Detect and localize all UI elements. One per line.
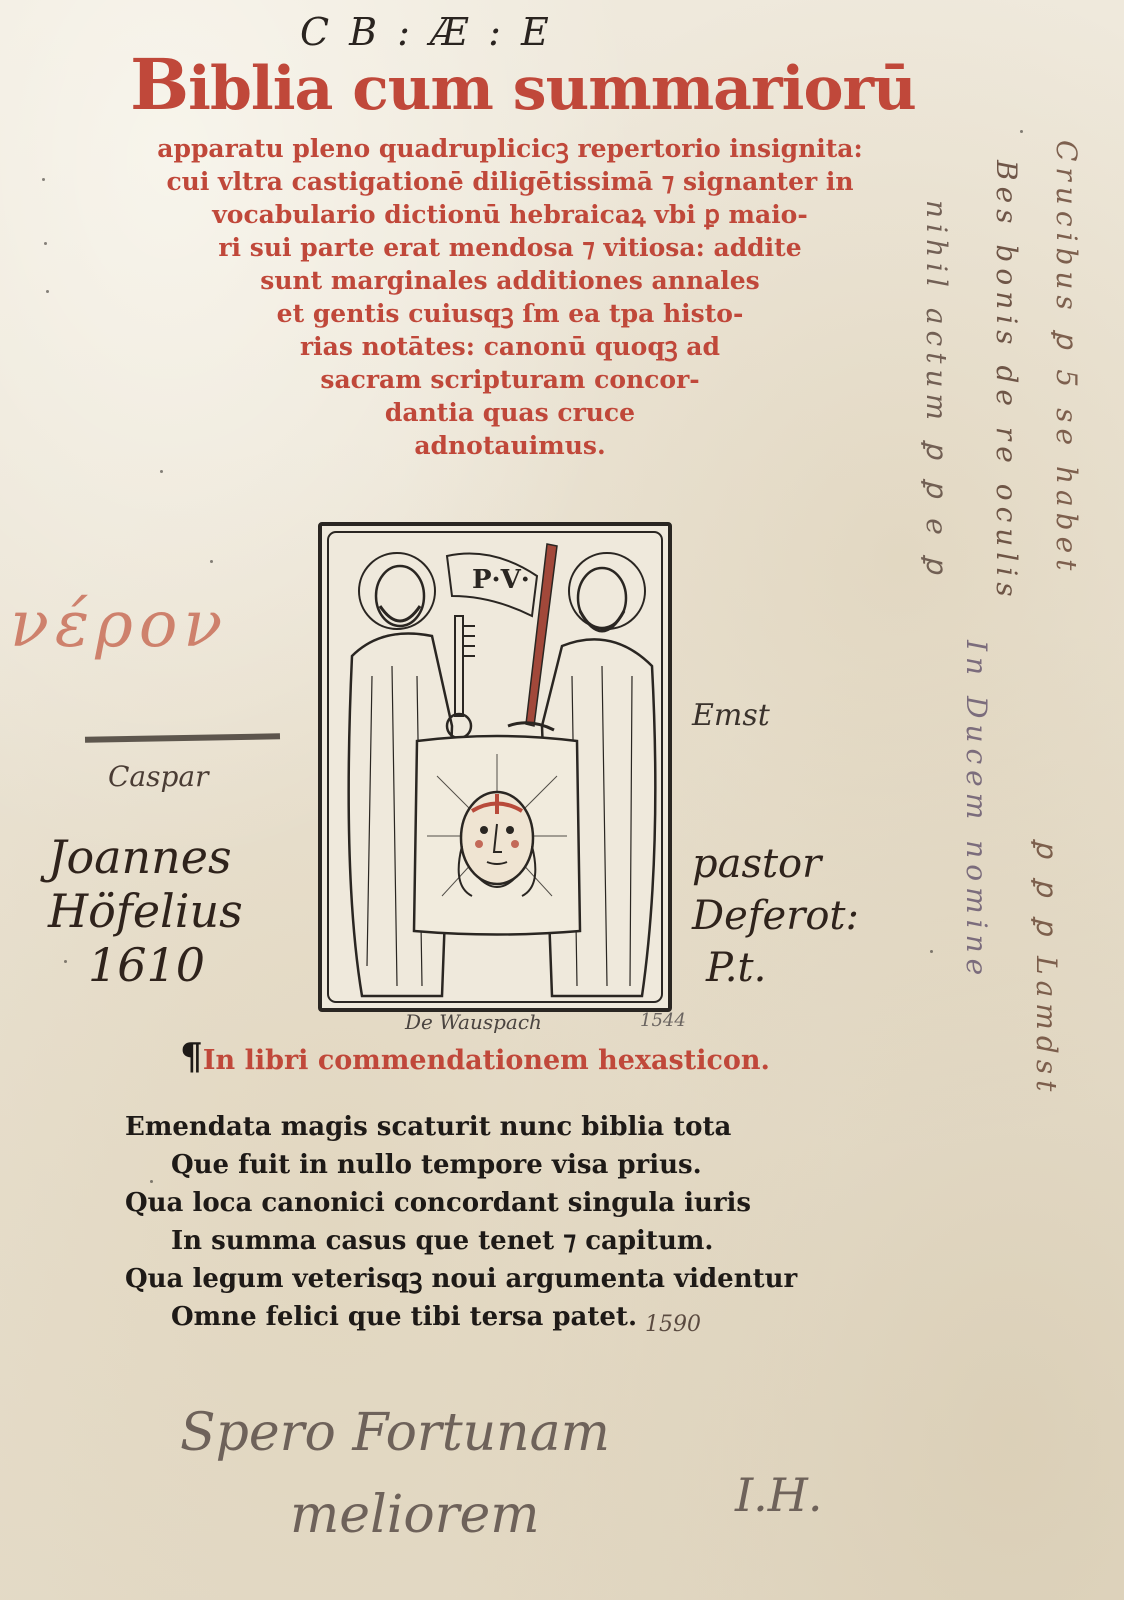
verse-line: Qua loca canonici concordant singula iur… (125, 1184, 845, 1222)
pastor-line: Deferot: (692, 890, 859, 942)
hexastichon-verses: Emendata magis scaturit nunc biblia tota… (125, 1108, 845, 1336)
owner-line: Joannes (48, 830, 243, 884)
verse-line: In summa casus que tenet ⁊ capitum. (125, 1222, 845, 1260)
initials-text: I.H. (735, 1468, 823, 1522)
title-initial: B (130, 43, 188, 126)
subtitle-line: cui vltra castigationē diligētissimā ⁊ s… (150, 165, 870, 198)
margin-note: ꝑ ꝑ ꝑ Lamdst (1030, 840, 1063, 1097)
handwritten-monogram: C B : Æ : E (300, 10, 553, 54)
owner-name-caspar: Caspar (108, 760, 209, 793)
initials-inscription: I.H. (735, 1468, 823, 1522)
subtitle-line: dantia quas cruce (150, 396, 870, 429)
subtitle-line: sacram scripturam concor- (150, 363, 870, 396)
motto-line: Spero Fortunam (180, 1392, 610, 1474)
subtitle-line: vocabulario dictionū hebraicaꝝ vbi ꝑ mai… (150, 198, 870, 231)
subtitle-line: et gentis cuiusqꝫ ſm ea tpa histo- (150, 297, 870, 330)
pastor-inscription: pastor Deferot: P.t. (692, 838, 859, 994)
verse-line: Emendata magis scaturit nunc biblia tota (125, 1108, 845, 1146)
woodcut-inscription: De Wauspach (405, 1010, 542, 1034)
owner-line: 1610 (48, 938, 243, 992)
woodcut-illustration: P·V· (318, 522, 672, 1012)
commendation-text: In libri commendationem hexasticon. (203, 1045, 770, 1076)
verse-annotation-year: 1590 (645, 1312, 701, 1337)
margin-note: Crucibus ꝑ 5 se habet (1050, 140, 1083, 576)
owner-inscription: Joannes Höfelius 1610 (48, 830, 243, 992)
svg-text:P·V·: P·V· (472, 565, 530, 595)
verse-line: Que fuit in nullo tempore visa prius. (125, 1146, 845, 1184)
verse-line: Qua legum veterisqꝫ noui argumenta viden… (125, 1260, 845, 1298)
struck-out-line (85, 733, 280, 742)
veronica-veil-woodcut-icon: P·V· (322, 526, 668, 1008)
page-title: Biblia cum summariorū (130, 50, 890, 120)
pilcrow-icon: ¶ (180, 1036, 203, 1078)
subtitle-block: apparatu pleno quadruplicicꝫ repertorio … (150, 132, 870, 462)
subtitle-line: rias notātes: canonū quoqꝫ ad (150, 330, 870, 363)
pastor-line: P.t. (692, 942, 859, 994)
red-greek-annotation: νέρον (10, 588, 228, 662)
subtitle-line: adnotauimus. (150, 429, 870, 462)
margin-note: nihil actum ꝑ ꝑ e ꝑ (920, 200, 953, 580)
right-margin-annotations: Crucibus ꝑ 5 se habet Bes bonis de re oc… (880, 120, 1120, 1600)
subtitle-line: sunt marginales additiones annales (150, 264, 870, 297)
margin-note: In Ducem nomine (960, 640, 993, 981)
subtitle-line: ri sui parte erat mendosa ⁊ vitiosa: add… (150, 231, 870, 264)
commendation-heading: ¶In libri commendationem hexasticon. (180, 1036, 770, 1078)
motto-line: meliorem (180, 1474, 610, 1556)
subtitle-line: apparatu pleno quadruplicicꝫ repertorio … (150, 132, 870, 165)
pastor-line: pastor (692, 838, 859, 890)
owner-line: Höfelius (48, 884, 243, 938)
verse-line: Omne felici que tibi tersa patet. (125, 1298, 845, 1336)
motto-inscription: Spero Fortunam meliorem (180, 1392, 610, 1556)
margin-note: Bes bonis de re oculis (990, 160, 1023, 603)
title-rest: iblia cum summariorū (188, 54, 916, 124)
woodcut-inscription-year: 1544 (640, 1010, 686, 1031)
annotation-emst: Emst (692, 698, 770, 733)
